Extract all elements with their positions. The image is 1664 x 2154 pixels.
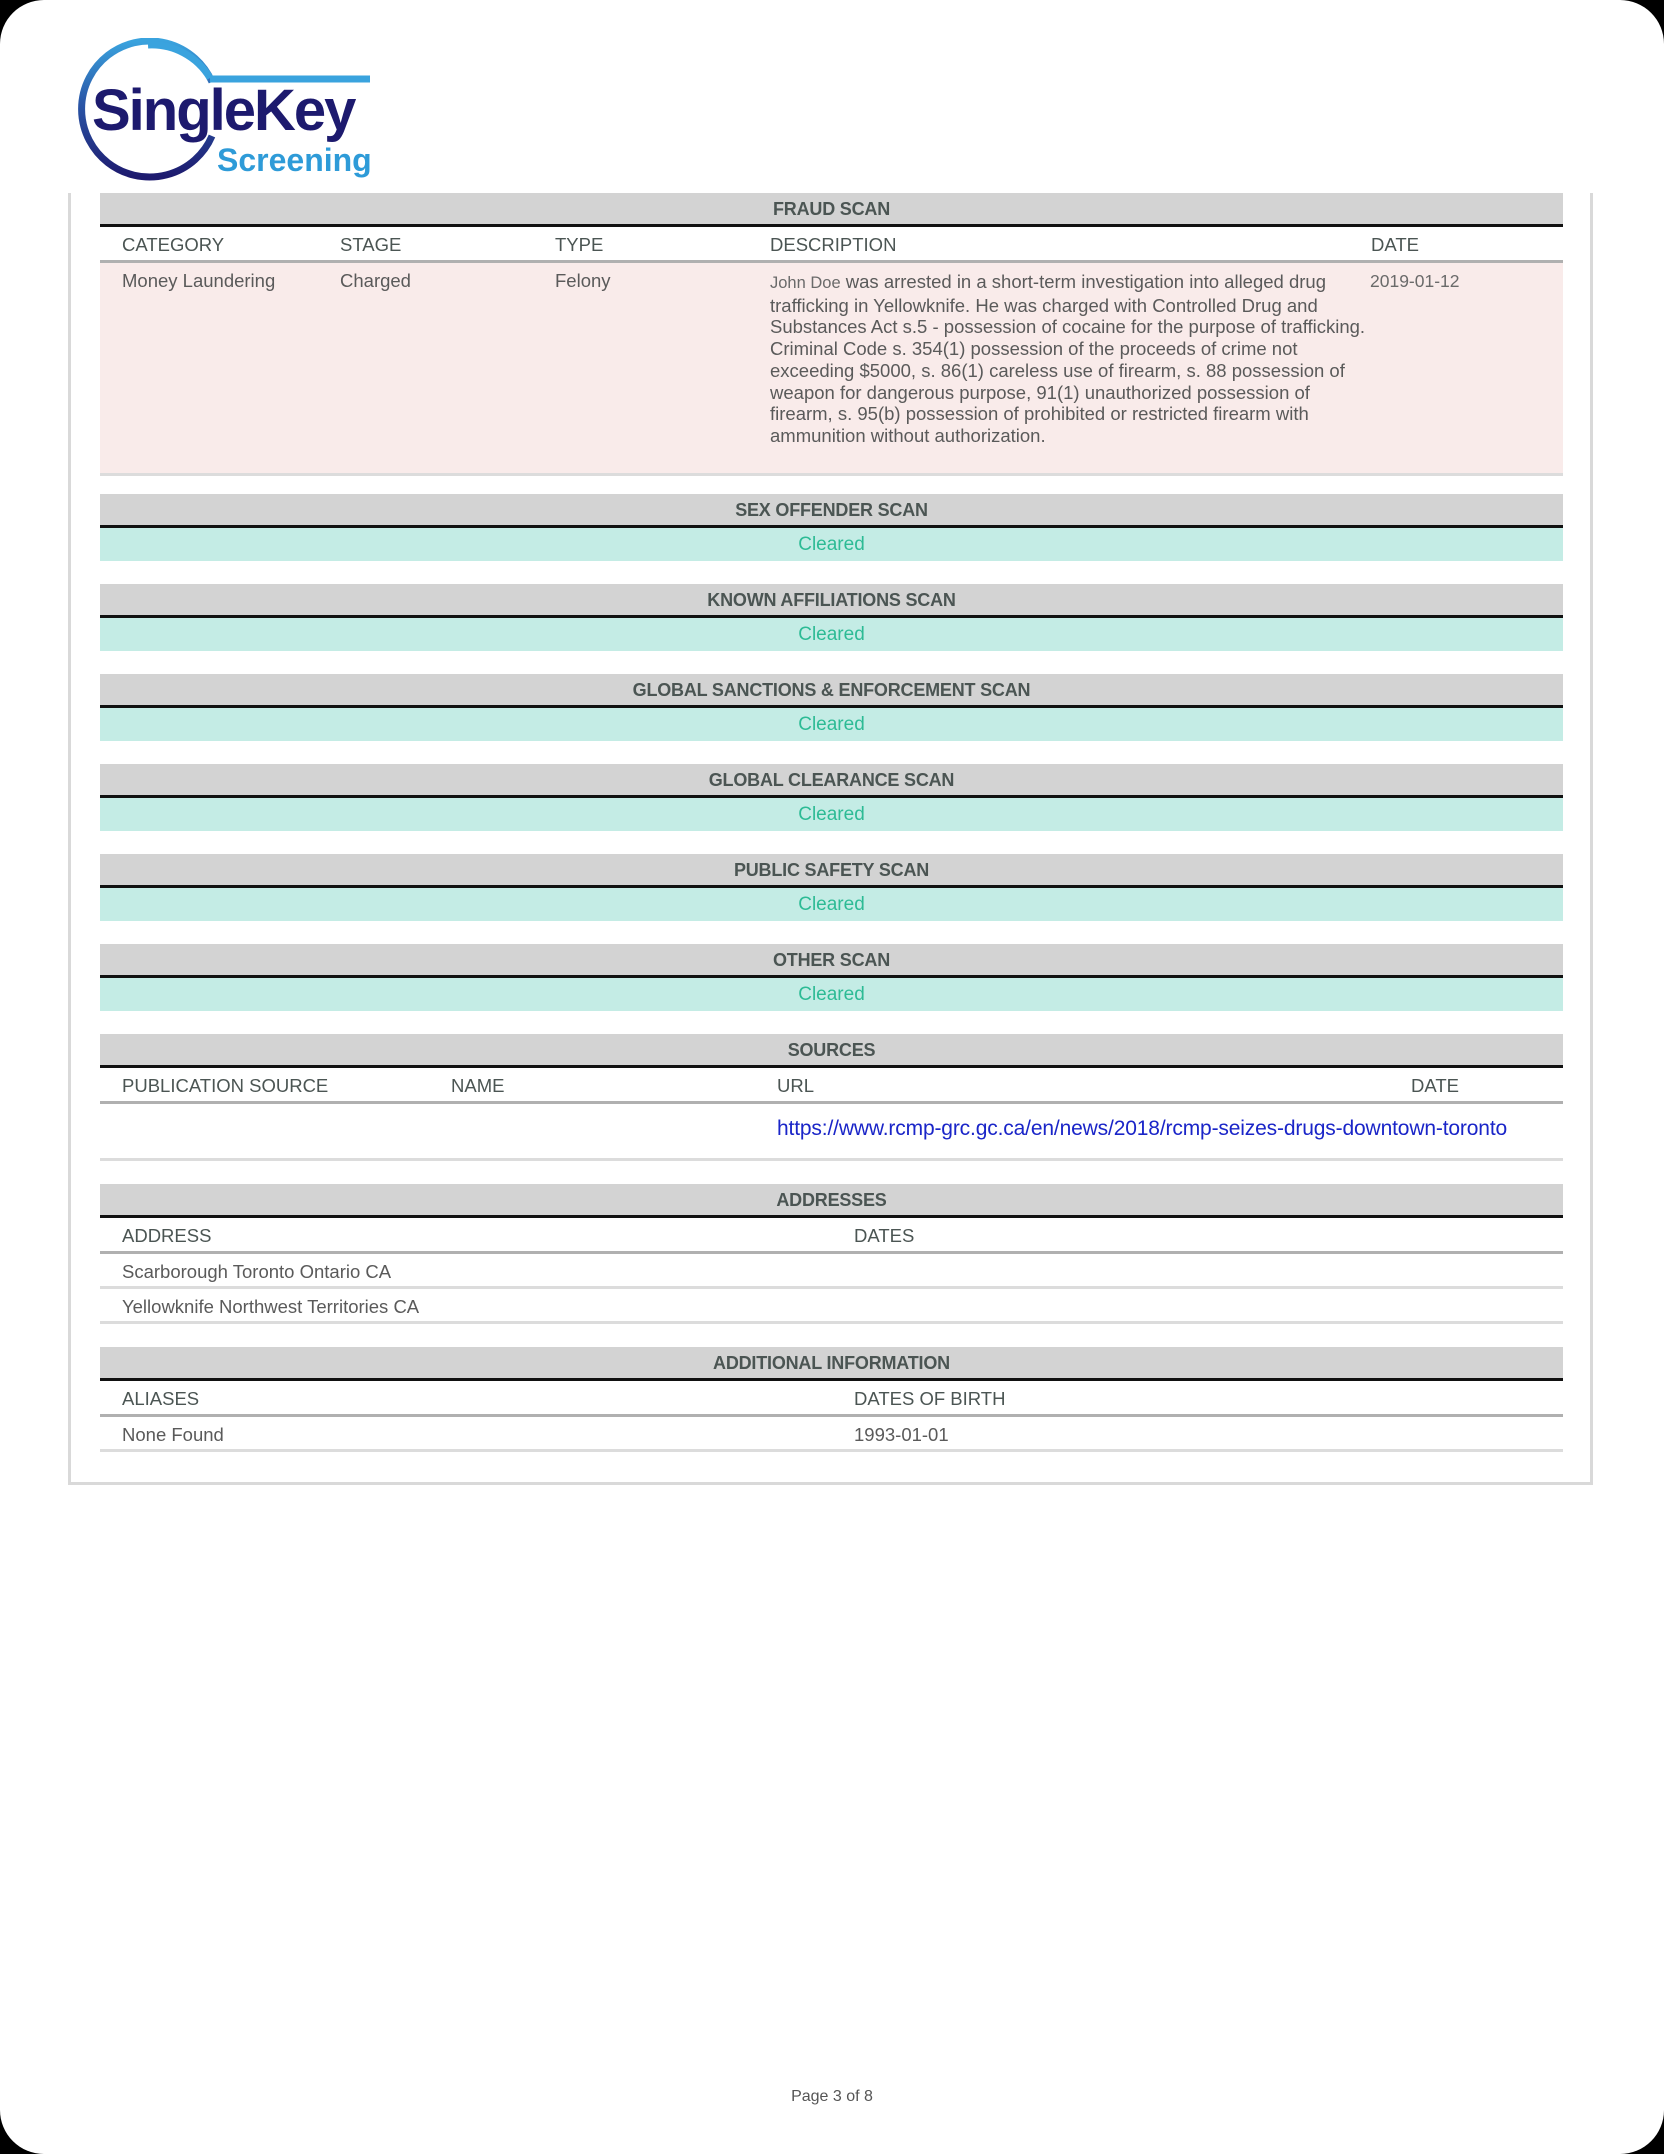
global-sanctions-scan-section: GLOBAL SANCTIONS & ENFORCEMENT SCAN Clea… xyxy=(100,674,1563,741)
source-url-link[interactable]: https://www.rcmp-grc.gc.ca/en/news/2018/… xyxy=(777,1117,1507,1141)
cell-date: 2019-01-12 xyxy=(1370,263,1460,299)
column-header-category: CATEGORY xyxy=(122,227,224,263)
cell-address: Yellowknife Northwest Territories CA xyxy=(122,1289,419,1325)
cell-date-of-birth: 1993-01-01 xyxy=(854,1417,949,1453)
table-header: CATEGORY STAGE TYPE DESCRIPTION DATE xyxy=(100,227,1563,263)
column-header-dates-of-birth: DATES OF BIRTH xyxy=(854,1381,1005,1417)
table-row: Scarborough Toronto Ontario CA xyxy=(100,1254,1563,1289)
table-row: Money Laundering Charged Felony John Doe… xyxy=(100,263,1563,476)
sex-offender-scan-section: SEX OFFENDER SCAN Cleared xyxy=(100,494,1563,561)
column-header-aliases: ALIASES xyxy=(122,1381,199,1417)
section-title: KNOWN AFFILIATIONS SCAN xyxy=(100,584,1563,618)
column-header-type: TYPE xyxy=(555,227,603,263)
sources-section: SOURCES PUBLICATION SOURCE NAME URL DATE… xyxy=(100,1034,1563,1161)
table-row: Yellowknife Northwest Territories CA xyxy=(100,1289,1563,1324)
cell-stage: Charged xyxy=(340,263,411,299)
description-text: was arrested in a short-term investigati… xyxy=(770,271,1365,446)
status-cleared: Cleared xyxy=(100,798,1563,831)
column-header-date: DATE xyxy=(1411,1068,1459,1104)
page-number: Page 3 of 8 xyxy=(0,2088,1664,2106)
section-title: ADDRESSES xyxy=(100,1184,1563,1218)
status-cleared: Cleared xyxy=(100,528,1563,561)
fraud-scan-section: FRAUD SCAN CATEGORY STAGE TYPE DESCRIPTI… xyxy=(100,193,1563,476)
table-row: https://www.rcmp-grc.gc.ca/en/news/2018/… xyxy=(100,1104,1563,1161)
public-safety-scan-section: PUBLIC SAFETY SCAN Cleared xyxy=(100,854,1563,921)
section-title: ADDITIONAL INFORMATION xyxy=(100,1347,1563,1381)
section-title: SEX OFFENDER SCAN xyxy=(100,494,1563,528)
cell-address: Scarborough Toronto Ontario CA xyxy=(122,1254,391,1290)
column-header-address: ADDRESS xyxy=(122,1218,211,1254)
table-header: ADDRESS DATES xyxy=(100,1218,1563,1254)
report-page: SingleKey Screening FRAUD SCAN CATEGORY … xyxy=(0,0,1664,2154)
section-title: FRAUD SCAN xyxy=(100,193,1563,227)
table-header: PUBLICATION SOURCE NAME URL DATE xyxy=(100,1068,1563,1104)
cell-aliases: None Found xyxy=(122,1417,224,1453)
singlekey-logo: SingleKey Screening xyxy=(70,38,380,183)
addresses-section: ADDRESSES ADDRESS DATES Scarborough Toro… xyxy=(100,1184,1563,1324)
other-scan-section: OTHER SCAN Cleared xyxy=(100,944,1563,1011)
known-affiliations-scan-section: KNOWN AFFILIATIONS SCAN Cleared xyxy=(100,584,1563,651)
additional-information-section: ADDITIONAL INFORMATION ALIASES DATES OF … xyxy=(100,1347,1563,1452)
status-cleared: Cleared xyxy=(100,708,1563,741)
cell-description: John Doe was arrested in a short-term in… xyxy=(770,271,1370,447)
brand-name-secondary: Screening xyxy=(217,142,372,178)
status-cleared: Cleared xyxy=(100,978,1563,1011)
cell-category: Money Laundering xyxy=(122,263,275,299)
table-header: ALIASES DATES OF BIRTH xyxy=(100,1381,1563,1417)
brand-name-primary: SingleKey xyxy=(92,78,356,143)
section-title: GLOBAL SANCTIONS & ENFORCEMENT SCAN xyxy=(100,674,1563,708)
column-header-description: DESCRIPTION xyxy=(770,227,896,263)
column-header-publication-source: PUBLICATION SOURCE xyxy=(122,1068,328,1104)
global-clearance-scan-section: GLOBAL CLEARANCE SCAN Cleared xyxy=(100,764,1563,831)
column-header-url: URL xyxy=(777,1068,814,1104)
column-header-dates: DATES xyxy=(854,1218,914,1254)
section-title: OTHER SCAN xyxy=(100,944,1563,978)
section-title: GLOBAL CLEARANCE SCAN xyxy=(100,764,1563,798)
section-title: PUBLIC SAFETY SCAN xyxy=(100,854,1563,888)
column-header-stage: STAGE xyxy=(340,227,401,263)
subject-name: John Doe xyxy=(770,274,841,292)
section-title: SOURCES xyxy=(100,1034,1563,1068)
status-cleared: Cleared xyxy=(100,618,1563,651)
column-header-date: DATE xyxy=(1371,227,1419,263)
table-row: None Found 1993-01-01 xyxy=(100,1417,1563,1452)
column-header-name: NAME xyxy=(451,1068,504,1104)
cell-type: Felony xyxy=(555,263,611,299)
status-cleared: Cleared xyxy=(100,888,1563,921)
